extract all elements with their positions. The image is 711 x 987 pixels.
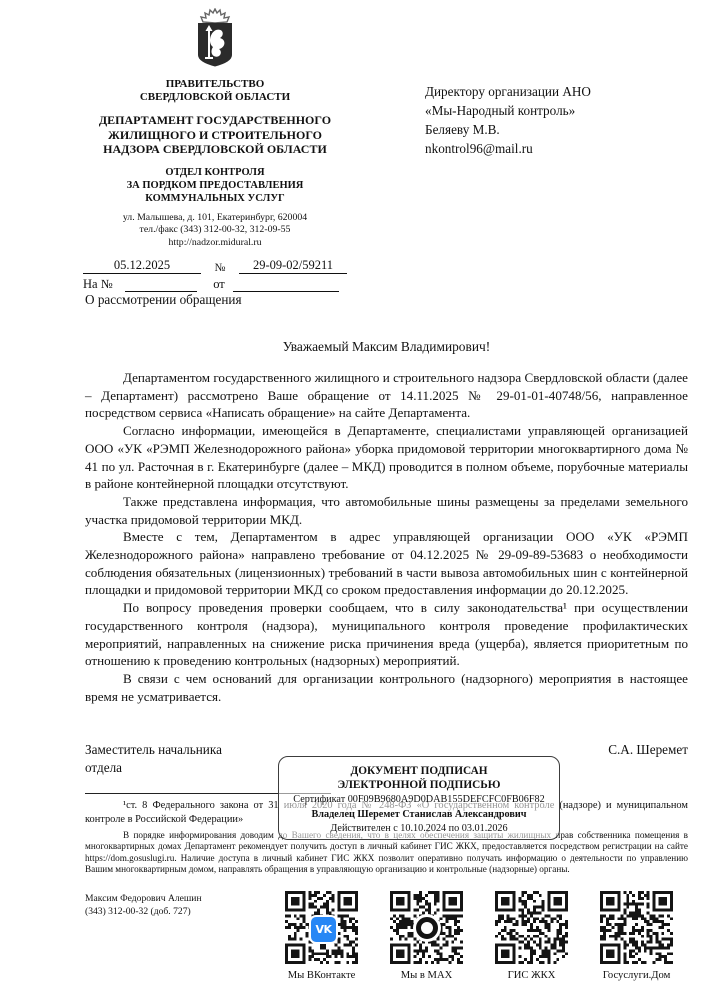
letter-page: ПРАВИТЕЛЬСТВО СВЕРДЛОВСКОЙ ОБЛАСТИ ДЕПАР… (0, 0, 711, 987)
qr-code-row: VK Мы ВКонтакте Мы в MAX ГИС ЖКХ Госуслу… (285, 891, 673, 981)
stamp-validity: Действителен с 10.10.2024 по 03.01.2026 (279, 822, 559, 836)
qr-label-max: Мы в MAX (401, 970, 453, 981)
letter-number: 29-09-02/59211 (239, 258, 347, 274)
paragraph-2: Согласно информации, имеющейся в Департа… (85, 422, 688, 493)
org-website: http://nadzor.midural.ru (45, 237, 385, 250)
max-logo-icon (416, 917, 438, 939)
reply-to-label: На № (83, 277, 125, 292)
qr-gis-zhkh: ГИС ЖКХ (495, 891, 568, 981)
paragraph-3: Также представлена информация, что автом… (85, 493, 688, 528)
qr-label-gosuslugi-dom: Госуслуги.Дом (603, 970, 671, 981)
qr-label-vkontakte: Мы ВКонтакте (288, 970, 356, 981)
reply-date-blank (233, 276, 339, 292)
qr-vkontakte: VK Мы ВКонтакте (285, 891, 358, 981)
qr-code-gis-zhkh-icon (495, 891, 568, 964)
stamp-certificate: Сертификат 00F09B9680A9D0DAB155DEFCFC0FB… (279, 793, 559, 807)
recipient-block: Директору организации АНО «Мы-Народный к… (425, 82, 675, 158)
signer-name: С.А. Шеремет (608, 741, 688, 777)
stamp-owner: Владелец Шеремет Станислав Александрович (279, 808, 559, 822)
executor-phone: (343) 312-00-32 (доб. 727) (85, 906, 202, 919)
executor-contact: Максим Федорович Алешин (343) 312-00-32 … (85, 893, 202, 918)
reference-block: 05.12.2025 № 29-09-02/59211 На № от (45, 258, 385, 292)
qr-label-gis-zhkh: ГИС ЖКХ (508, 970, 556, 981)
digital-signature-stamp: ДОКУМЕНТ ПОДПИСАН ЭЛЕКТРОННОЙ ПОДПИСЬЮ С… (278, 756, 560, 840)
salutation: Уважаемый Максим Владимирович! (85, 339, 688, 355)
paragraph-5: По вопросу проведения проверки сообщаем,… (85, 599, 688, 670)
reply-from-label: от (205, 277, 233, 292)
executor-name: Максим Федорович Алешин (85, 893, 202, 906)
letter-body: Департаментом государственного жилищного… (85, 369, 688, 705)
letter-date: 05.12.2025 (83, 258, 201, 274)
signer-position: Заместитель начальника отдела (85, 741, 222, 777)
org-phone: тел./факс (343) 312-00-32, 312-09-55 (45, 224, 385, 237)
paragraph-4: Вместе с тем, Департаментом в адрес упра… (85, 528, 688, 599)
outgoing-ref-row: 05.12.2025 № 29-09-02/59211 (83, 258, 385, 274)
qr-max: Мы в MAX (390, 891, 463, 981)
number-sign: № (201, 262, 239, 274)
sverdlovsk-coat-of-arms-icon (185, 8, 245, 74)
subject-line: О рассмотрении обращения (85, 292, 242, 308)
paragraph-1: Департаментом государственного жилищного… (85, 369, 688, 422)
government-name: ПРАВИТЕЛЬСТВО СВЕРДЛОВСКОЙ ОБЛАСТИ (45, 78, 385, 104)
reply-number-blank (125, 276, 197, 292)
paragraph-6: В связи с чем оснований для организации … (85, 670, 688, 705)
stamp-title: ДОКУМЕНТ ПОДПИСАН ЭЛЕКТРОННОЙ ПОДПИСЬЮ (279, 764, 559, 792)
department-name: ДЕПАРТАМЕНТ ГОСУДАРСТВЕННОГО ЖИЛИЩНОГО И… (45, 113, 385, 157)
qr-code-gosuslugi-dom-icon (600, 891, 673, 964)
incoming-ref-row: На № от (83, 276, 385, 292)
vk-logo-icon: VK (309, 915, 338, 944)
division-name: ОТДЕЛ КОНТРОЛЯ ЗА ПОРДКОМ ПРЕДОСТАВЛЕНИЯ… (45, 166, 385, 205)
org-address: ул. Малышева, д. 101, Екатеринбург, 6200… (45, 212, 385, 225)
qr-gosuslugi-dom: Госуслуги.Дом (600, 891, 673, 981)
letterhead: ПРАВИТЕЛЬСТВО СВЕРДЛОВСКОЙ ОБЛАСТИ ДЕПАР… (45, 8, 385, 292)
